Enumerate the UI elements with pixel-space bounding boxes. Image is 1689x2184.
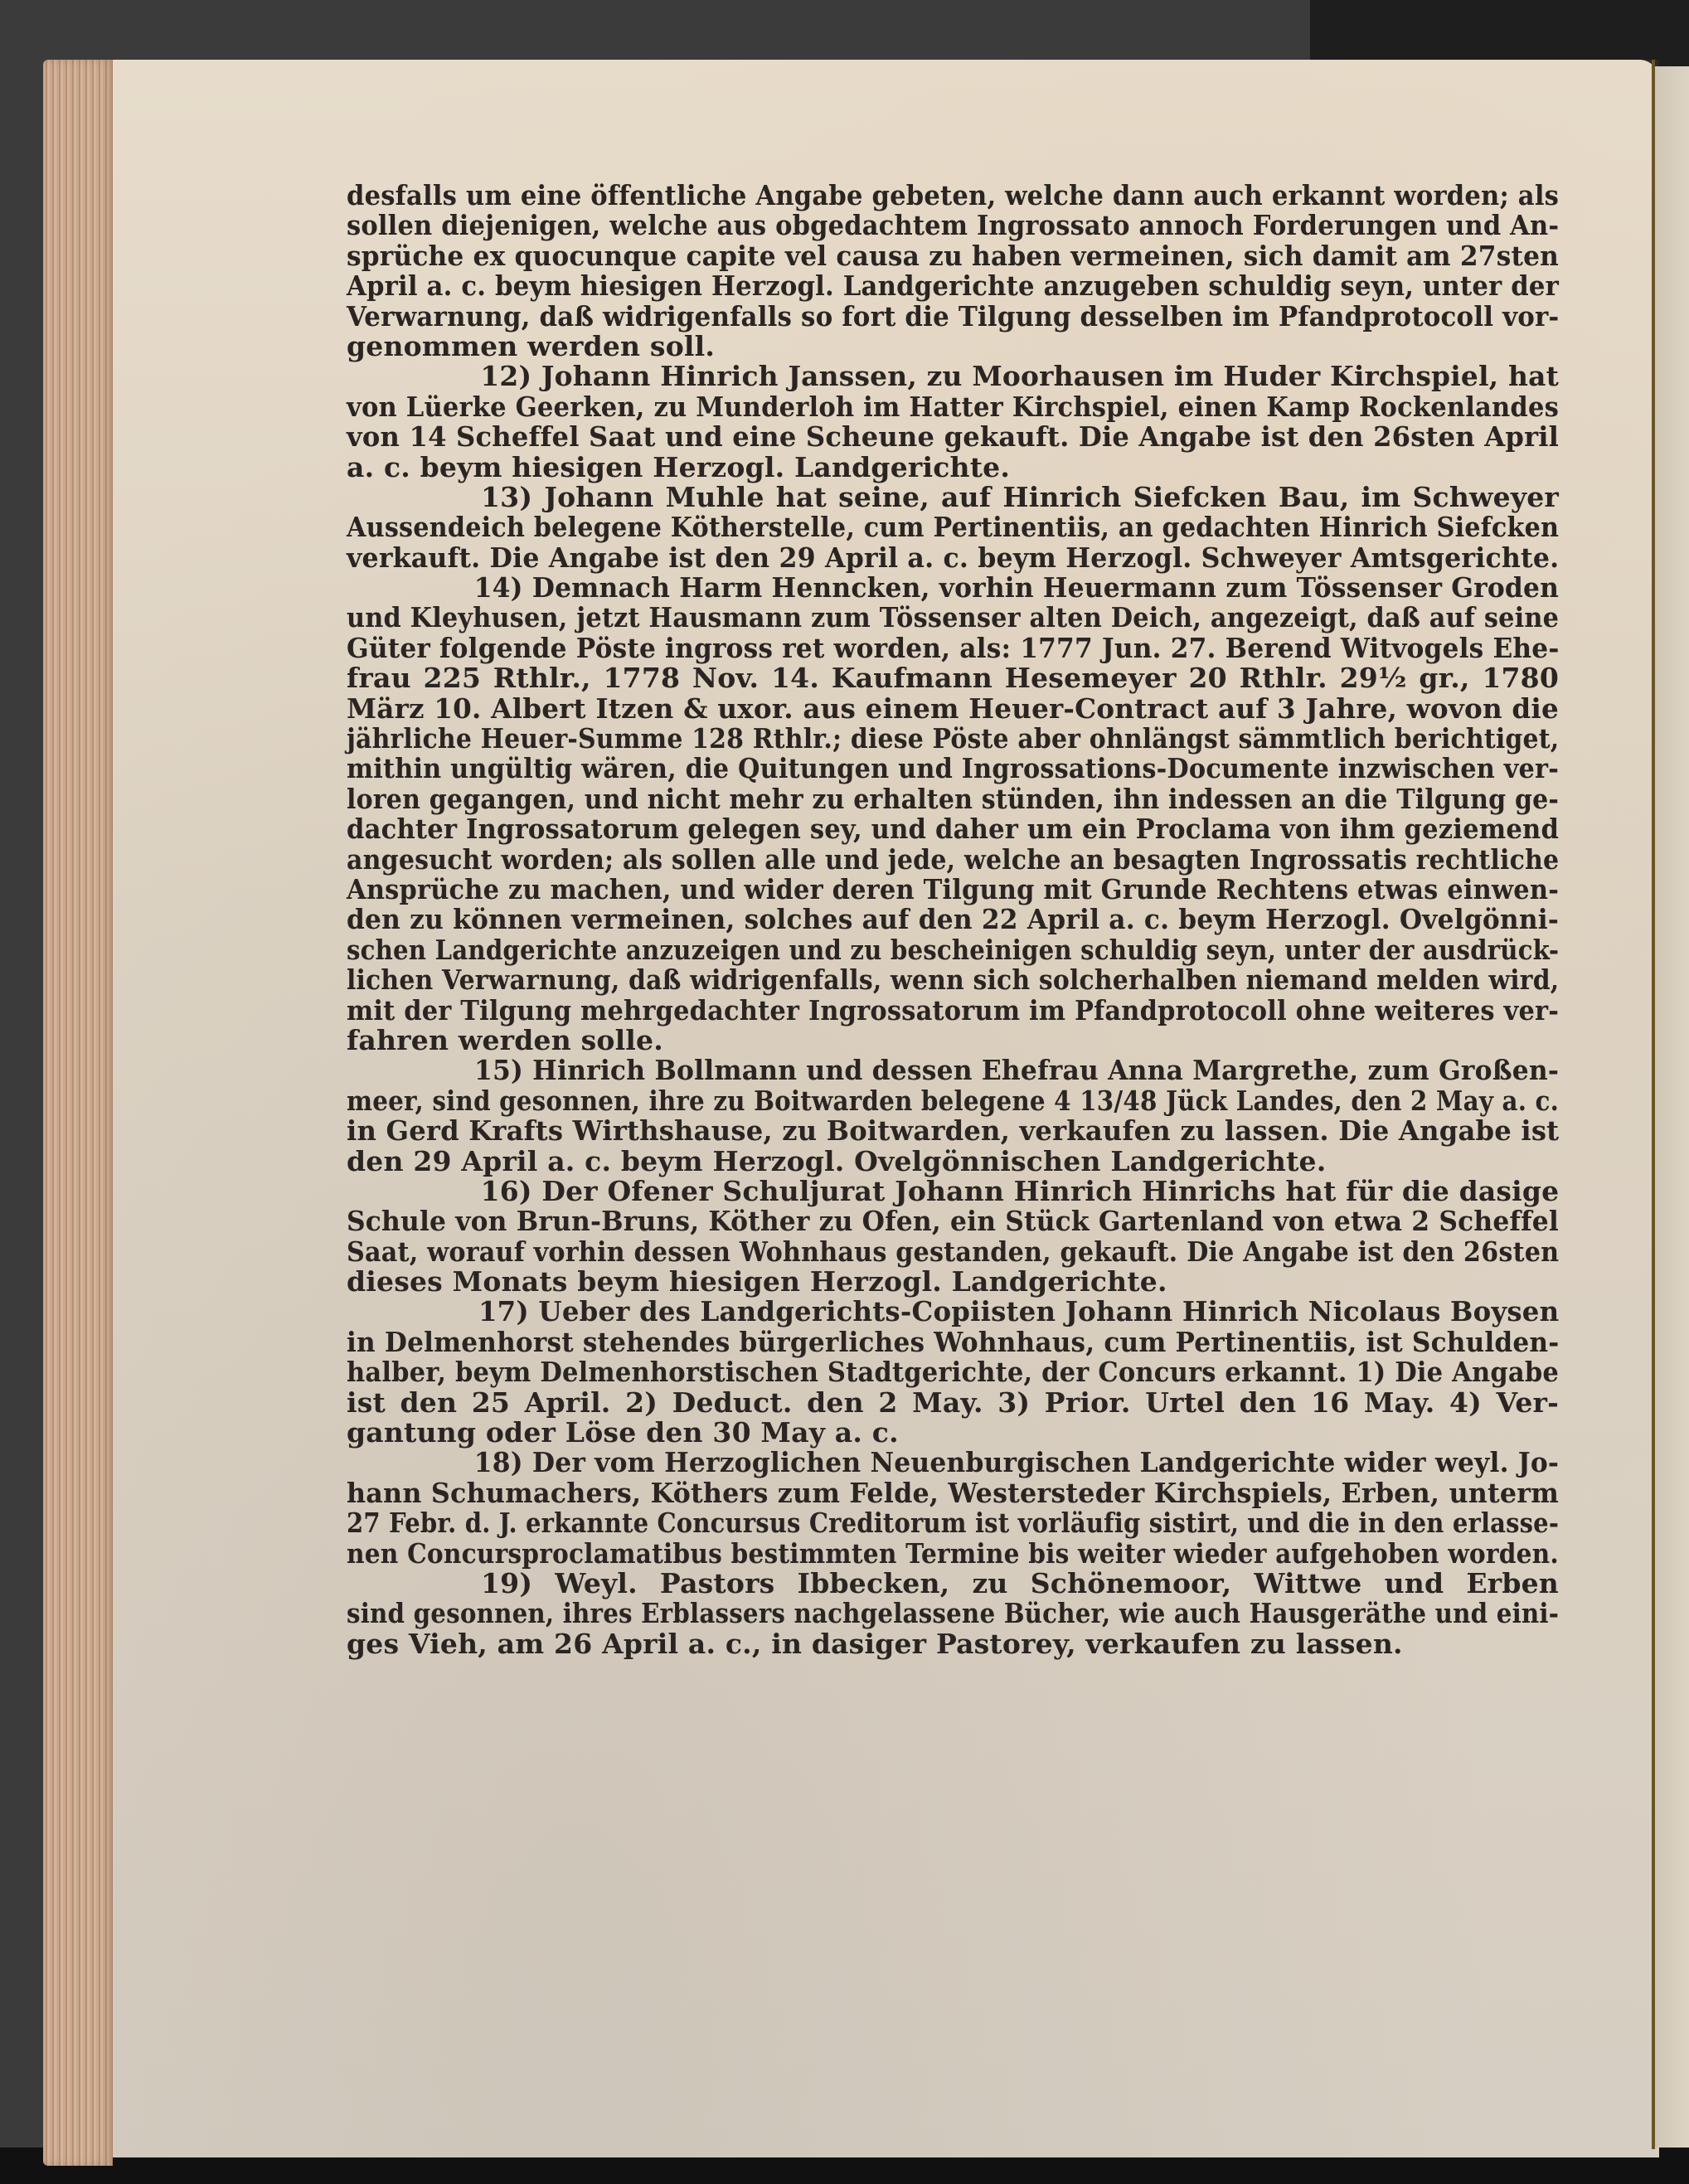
entry-12: 12) Johann Hinrich Janssen, zu Moorhause… [347,362,1559,483]
text-line: mithin ungültig wären, die Quitungen und… [347,754,1559,784]
text-line: 14) Demnach Harm Henncken, vorhin Heuerm… [347,573,1559,603]
text-line: lichen Verwarnung, daß widrigenfalls, we… [347,965,1559,995]
book-page-edges [43,60,113,2166]
entry-19: 19) Weyl. Pastors Ibbecken, zu Schönemoo… [347,1569,1559,1659]
text-line: sind gesonnen, ihres Erblassers nachgela… [347,1599,1559,1628]
text-line: Schule von Brun-Bruns, Köther zu Ofen, e… [347,1206,1559,1236]
text-line: loren gegangen, und nicht mehr zu erhalt… [347,784,1559,814]
text-line: 18) Der vom Herzoglichen Neuenburgischen… [347,1448,1559,1478]
text-line: den zu können vermeinen, solches auf den… [347,905,1559,934]
text-line: in Delmenhorst stehendes bürgerliches Wo… [347,1327,1559,1357]
entry-continuation: desfalls um eine öffentliche Angabe gebe… [347,181,1559,362]
text-line: 16) Der Ofener Schuljurat Johann Hinrich… [347,1177,1559,1206]
text-line: in Gerd Krafts Wirthshause, zu Boitwarde… [347,1116,1559,1146]
text-line: mit der Tilgung mehrgedachter Ingrossato… [347,996,1559,1026]
entry-15: 15) Hinrich Bollmann und dessen Ehefrau … [347,1056,1559,1177]
text-line: Verwarnung, daß widrigenfalls so fort di… [347,302,1559,332]
text-line: gantung oder Löse den 30 May a. c. [347,1418,1559,1448]
text-line: 17) Ueber des Landgerichts-Copiisten Joh… [347,1297,1559,1327]
text-line: 19) Weyl. Pastors Ibbecken, zu Schönemoo… [347,1569,1559,1599]
text-line: Güter folgende Pöste ingross ret worden,… [347,633,1559,663]
entry-13: 13) Johann Muhle hat seine, auf Hinrich … [347,483,1559,573]
text-line: halber, beym Delmenhorstischen Stadtgeri… [347,1357,1559,1387]
text-line: verkauft. Die Angabe ist den 29 April a.… [347,543,1559,573]
text-line: hann Schumachers, Köthers zum Felde, Wes… [347,1478,1559,1508]
text-line: Saat, worauf vorhin dessen Wohnhaus gest… [347,1237,1559,1267]
text-line: jährliche Heuer-Summe 128 Rthlr.; diese … [347,724,1559,754]
text-line: und Kleyhusen, jetzt Hausmann zum Tössen… [347,603,1559,633]
text-line: 27 Febr. d. J. erkannte Concursus Credit… [347,1508,1559,1538]
entry-17: 17) Ueber des Landgerichts-Copiisten Joh… [347,1297,1559,1448]
text-line: dieses Monats beym hiesigen Herzogl. Lan… [347,1267,1559,1297]
text-line: sprüche ex quocunque capite vel causa zu… [347,241,1559,271]
text-line: 13) Johann Muhle hat seine, auf Hinrich … [347,483,1559,512]
entry-18: 18) Der vom Herzoglichen Neuenburgischen… [347,1448,1559,1569]
text-line: frau 225 Rthlr., 1778 Nov. 14. Kaufmann … [347,663,1559,693]
text-line: angesucht worden; als sollen alle und je… [347,845,1559,875]
entry-14: 14) Demnach Harm Henncken, vorhin Heuerm… [347,573,1559,1056]
text-line: April a. c. beym hiesigen Herzogl. Landg… [347,271,1559,301]
text-line: fahren werden solle. [347,1026,1559,1056]
text-line: März 10. Albert Itzen & uxor. aus einem … [347,694,1559,724]
next-page-edge [1655,66,1689,2148]
text-line: genommen werden soll. [347,332,1559,362]
text-line: nen Concursproclamatibus bestimmten Term… [347,1539,1559,1569]
text-line: 12) Johann Hinrich Janssen, zu Moorhause… [347,362,1559,391]
text-line: a. c. beym hiesigen Herzogl. Landgericht… [347,453,1559,483]
text-line: schen Landgerichte anzuzeigen und zu bes… [347,935,1559,965]
text-line: von Lüerke Geerken, zu Munderloh im Hatt… [347,392,1559,422]
text-line: Aussendeich belegene Kötherstelle, cum P… [347,512,1559,542]
text-line: 15) Hinrich Bollmann und dessen Ehefrau … [347,1056,1559,1085]
text-line: Ansprüche zu machen, und wider deren Til… [347,875,1559,905]
text-line: dachter Ingrossatorum gelegen sey, und d… [347,814,1559,844]
text-line: meer, sind gesonnen, ihre zu Boitwarden … [347,1086,1559,1116]
text-line: ges Vieh, am 26 April a. c., in dasiger … [347,1629,1559,1659]
page-text: desfalls um eine öffentliche Angabe gebe… [347,181,1559,1659]
text-line: sollen diejenigen, welche aus obgedachte… [347,211,1559,240]
text-line: desfalls um eine öffentliche Angabe gebe… [347,181,1559,211]
text-line: von 14 Scheffel Saat und eine Scheune ge… [347,422,1559,452]
text-line: ist den 25 April. 2) Deduct. den 2 May. … [347,1388,1559,1418]
entry-16: 16) Der Ofener Schuljurat Johann Hinrich… [347,1177,1559,1298]
text-line: den 29 April a. c. beym Herzogl. Ovelgön… [347,1147,1559,1177]
